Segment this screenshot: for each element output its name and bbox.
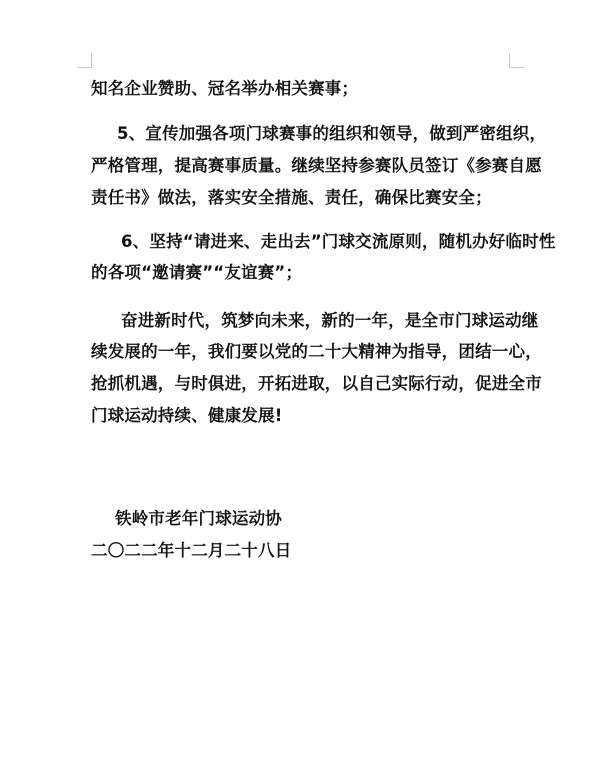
closing-paragraph-line: 抢抓机遇，与时俱进，开拓进取，以自己实际行动，促进全市 xyxy=(91,374,542,394)
signature-organization: 铁岭市老年门球运动协 xyxy=(115,509,282,529)
text-line-item-6: 6、坚持“请进来、走出去”门球交流原则，随机办好临时性 xyxy=(121,232,556,252)
margin-corner-mark-top-right xyxy=(509,53,524,68)
closing-paragraph-line: 奋进新时代，筑梦向未来，新的一年，是全市门球运动继 xyxy=(121,311,539,331)
text-line: 责任书》做法，落实安全措施、责任，确保比赛安全； xyxy=(91,188,492,208)
closing-paragraph-line: 门球运动持续、健康发展! xyxy=(91,406,282,426)
text-line: 的各项“邀请赛”“友谊赛”； xyxy=(91,263,302,283)
text-line-item-5: 5、宣传加强各项门球赛事的组织和领导，做到严密组织， xyxy=(117,124,546,144)
document-page: 知名企业赞助、冠名举办相关赛事； 5、宣传加强各项门球赛事的组织和领导，做到严密… xyxy=(0,0,600,764)
text-line: 知名企业赞助、冠名举办相关赛事； xyxy=(91,79,358,99)
margin-corner-mark-top-left xyxy=(77,53,92,68)
closing-paragraph-line: 续发展的一年，我们要以党的二十大精神为指导，团结一心， xyxy=(91,342,542,362)
text-line: 严格管理，提高赛事质量。继续坚持参赛队员签订《参赛自愿 xyxy=(91,156,542,176)
signature-date: 二〇二二年十二月二十八日 xyxy=(91,541,291,561)
